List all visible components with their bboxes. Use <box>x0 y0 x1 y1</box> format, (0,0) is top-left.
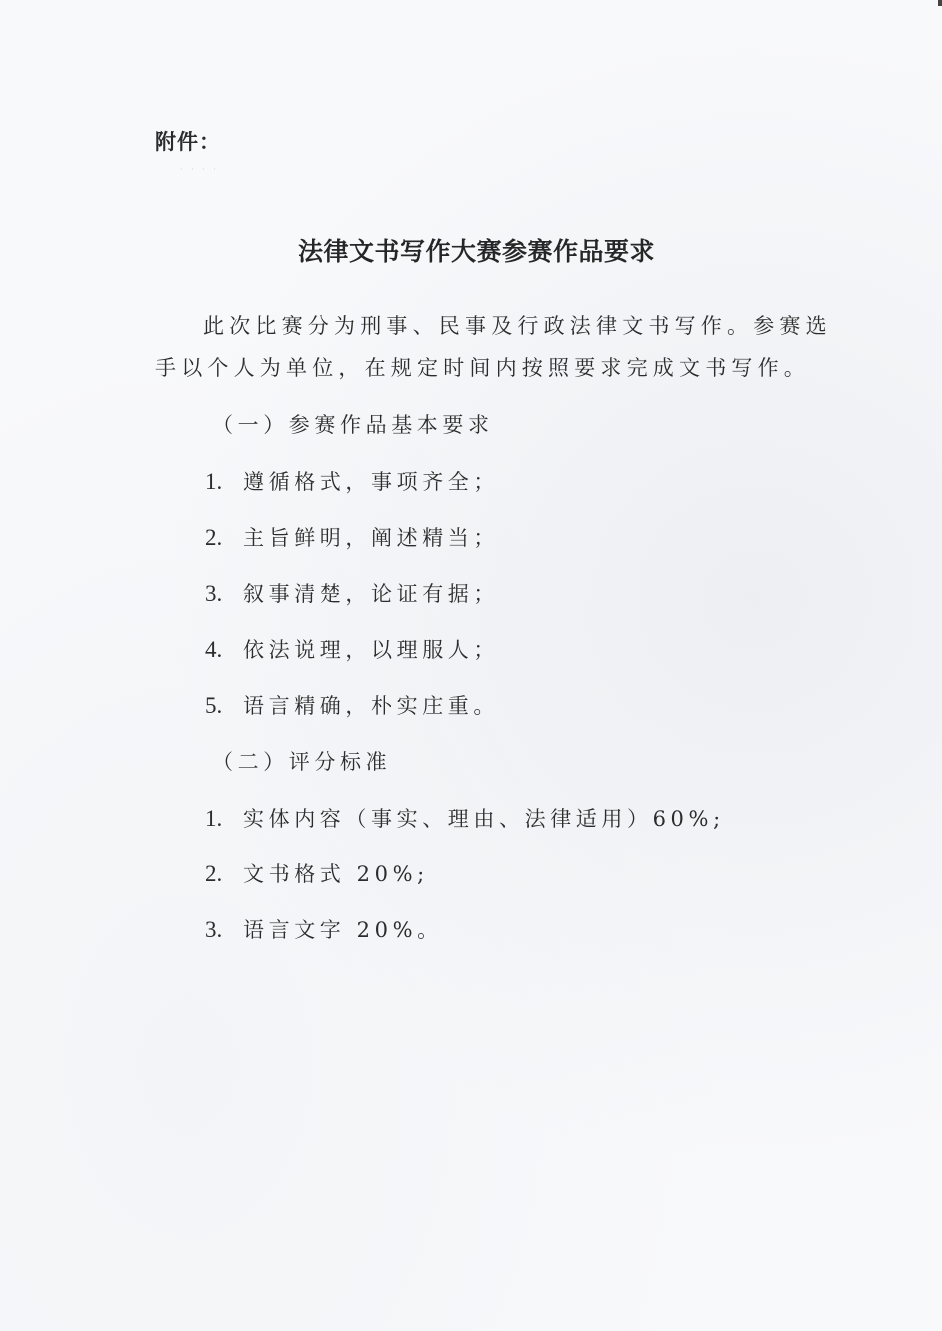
list-item-text: 语言文字 20%。 <box>243 918 443 942</box>
attachment-label: 附件： <box>155 126 221 156</box>
list-item-text: 主旨鲜明，阐述精当； <box>243 526 499 550</box>
list-item: 3.语言文字 20%。 <box>205 914 443 944</box>
list-item: 2.主旨鲜明，阐述精当； <box>205 522 499 552</box>
list-item-number: 3. <box>205 581 243 607</box>
document-title: 法律文书写作大赛参赛作品要求 <box>298 232 655 268</box>
list-item-number: 2. <box>205 861 243 887</box>
list-item-text: 文书格式 20%; <box>243 862 429 886</box>
list-item: 1.遵循格式，事项齐全； <box>205 466 499 496</box>
list-item: 4.依法说理，以理服人； <box>205 634 499 664</box>
list-item-number: 3. <box>205 917 243 943</box>
intro-paragraph-line-2: 手以个人为单位，在规定时间内按照要求完成文书写作。 <box>155 352 810 382</box>
list-item-text: 依法说理，以理服人； <box>243 638 499 662</box>
list-item-text: 叙事清楚，论证有据； <box>243 582 499 606</box>
list-item-number: 5. <box>205 693 243 719</box>
scan-corner-mark <box>938 0 942 6</box>
intro-paragraph-line-1: 此次比赛分为刑事、民事及行政法律文书写作。参赛选 <box>203 310 832 340</box>
scan-artifact: · · · · <box>180 165 260 173</box>
section-heading-scoring-criteria: （二）评分标准 <box>212 746 391 776</box>
list-item: 3.叙事清楚，论证有据； <box>205 578 499 608</box>
list-item: 1.实体内容（事实、理由、法律适用）60%; <box>205 803 725 833</box>
scanned-document-page: 附件： · · · · 法律文书写作大赛参赛作品要求 此次比赛分为刑事、民事及行… <box>0 0 942 1331</box>
list-item-text: 语言精确，朴实庄重。 <box>243 694 499 718</box>
list-item-number: 2. <box>205 525 243 551</box>
list-item-text: 遵循格式，事项齐全； <box>243 470 499 494</box>
list-item-number: 4. <box>205 637 243 663</box>
list-item: 5.语言精确，朴实庄重。 <box>205 690 499 720</box>
list-item-number: 1. <box>205 806 243 832</box>
list-item-text: 实体内容（事实、理由、法律适用）60%; <box>243 807 725 831</box>
list-item: 2.文书格式 20%; <box>205 858 429 888</box>
list-item-number: 1. <box>205 469 243 495</box>
section-heading-basic-requirements: （一）参赛作品基本要求 <box>212 409 494 439</box>
